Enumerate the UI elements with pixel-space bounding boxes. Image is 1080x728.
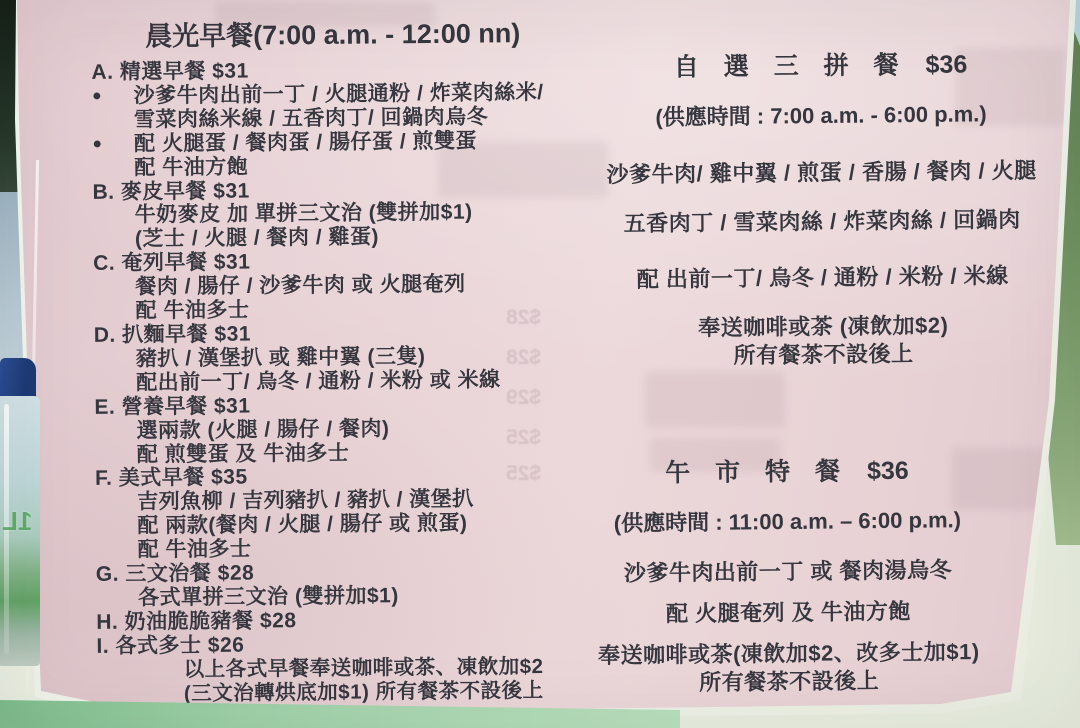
menu-line: 沙爹牛肉出前一丁 或 餐肉湯烏冬: [548, 556, 1028, 587]
breakfast-column: 晨光早餐(7:00 a.m. - 12:00 nn) A. 精選早餐 $31沙爹…: [65, 11, 559, 707]
water-bottle: 1L: [0, 356, 40, 701]
menu-line: 所有餐茶不設後上: [583, 339, 1063, 370]
bottle-label: 1L: [2, 506, 32, 537]
menu-line: 五香肉丁 / 雪菜肉絲 / 炸菜肉絲 / 回鍋肉: [582, 206, 1062, 237]
bottle-cap: [0, 358, 36, 400]
combo-section-price: $36: [925, 50, 967, 78]
menu-line: 沙爹牛肉出前一丁 / 火腿通粉 / 炸菜肉絲米/: [66, 81, 554, 109]
menu-line: 所有餐茶不設後上: [549, 666, 1029, 697]
menu-line: 奉送咖啡或茶(凍飲加$2、改多士加$1): [549, 638, 1029, 669]
breakfast-lines: A. 精選早餐 $31沙爹牛肉出前一丁 / 火腿通粉 / 炸菜肉絲米/雪菜肉絲米…: [65, 57, 559, 707]
combo-section-title: 自 選 三 拼 餐: [674, 51, 908, 81]
menu-line: 配出前一丁/ 烏冬 / 通粉 / 米粉 或 米線: [68, 368, 556, 396]
menu-line: 沙爹牛肉/ 雞中翼 / 煎蛋 / 香腸 / 餐肉 / 火腿: [582, 157, 1062, 188]
lunch-section-title: 午 市 特 餐: [665, 457, 849, 487]
menu-line: 奉送咖啡或茶 (凍飲加$2): [583, 311, 1063, 342]
photo-scene: $28 $28 $29 $25 $25 晨光早餐(7:00 a.m. - 12:…: [0, 0, 1080, 728]
combo-section-lines: 沙爹牛肉/ 雞中翼 / 煎蛋 / 香腸 / 餐肉 / 火腿五香肉丁 / 雪菜肉絲…: [582, 157, 1064, 370]
lunch-section-price: $36: [867, 457, 909, 485]
lunch-section-hours: (供應時間 : 11:00 a.m. – 6:00 p.m.): [547, 502, 1027, 538]
breakfast-title: 晨光早餐(7:00 a.m. - 12:00 nn): [65, 11, 553, 54]
menu-line: 以上各式早餐奉送咖啡或茶、凍飲加$2: [71, 655, 559, 683]
combo-section: 自 選 三 拼 餐$36 (供應時間 : 7:00 a.m. - 6:00 p.…: [580, 43, 1063, 370]
combo-section-heading: 自 選 三 拼 餐$36: [580, 43, 1060, 84]
menu-line: 配 出前一丁/ 烏冬 / 通粉 / 米粉 / 米線: [583, 262, 1063, 293]
lunch-section-heading: 午 市 特 餐$36: [547, 449, 1027, 490]
combo-section-hours: (供應時間 : 7:00 a.m. - 6:00 p.m.): [581, 96, 1061, 132]
menu-paper: $28 $28 $29 $25 $25 晨光早餐(7:00 a.m. - 12:…: [0, 0, 1080, 728]
lunch-section: 午 市 特 餐$36 (供應時間 : 11:00 a.m. – 6:00 p.m…: [547, 449, 1030, 697]
menu-line: 配 火腿蛋 / 餐肉蛋 / 腸仔蛋 / 煎雙蛋: [66, 129, 554, 157]
ghost-text-block: [645, 372, 785, 428]
lunch-section-lines: 沙爹牛肉出前一丁 或 餐肉湯烏冬配 火腿奄列 及 牛油方飽奉送咖啡或茶(凍飲加$…: [548, 556, 1029, 697]
menu-line: 配 火腿奄列 及 牛油方飽: [548, 597, 1028, 628]
